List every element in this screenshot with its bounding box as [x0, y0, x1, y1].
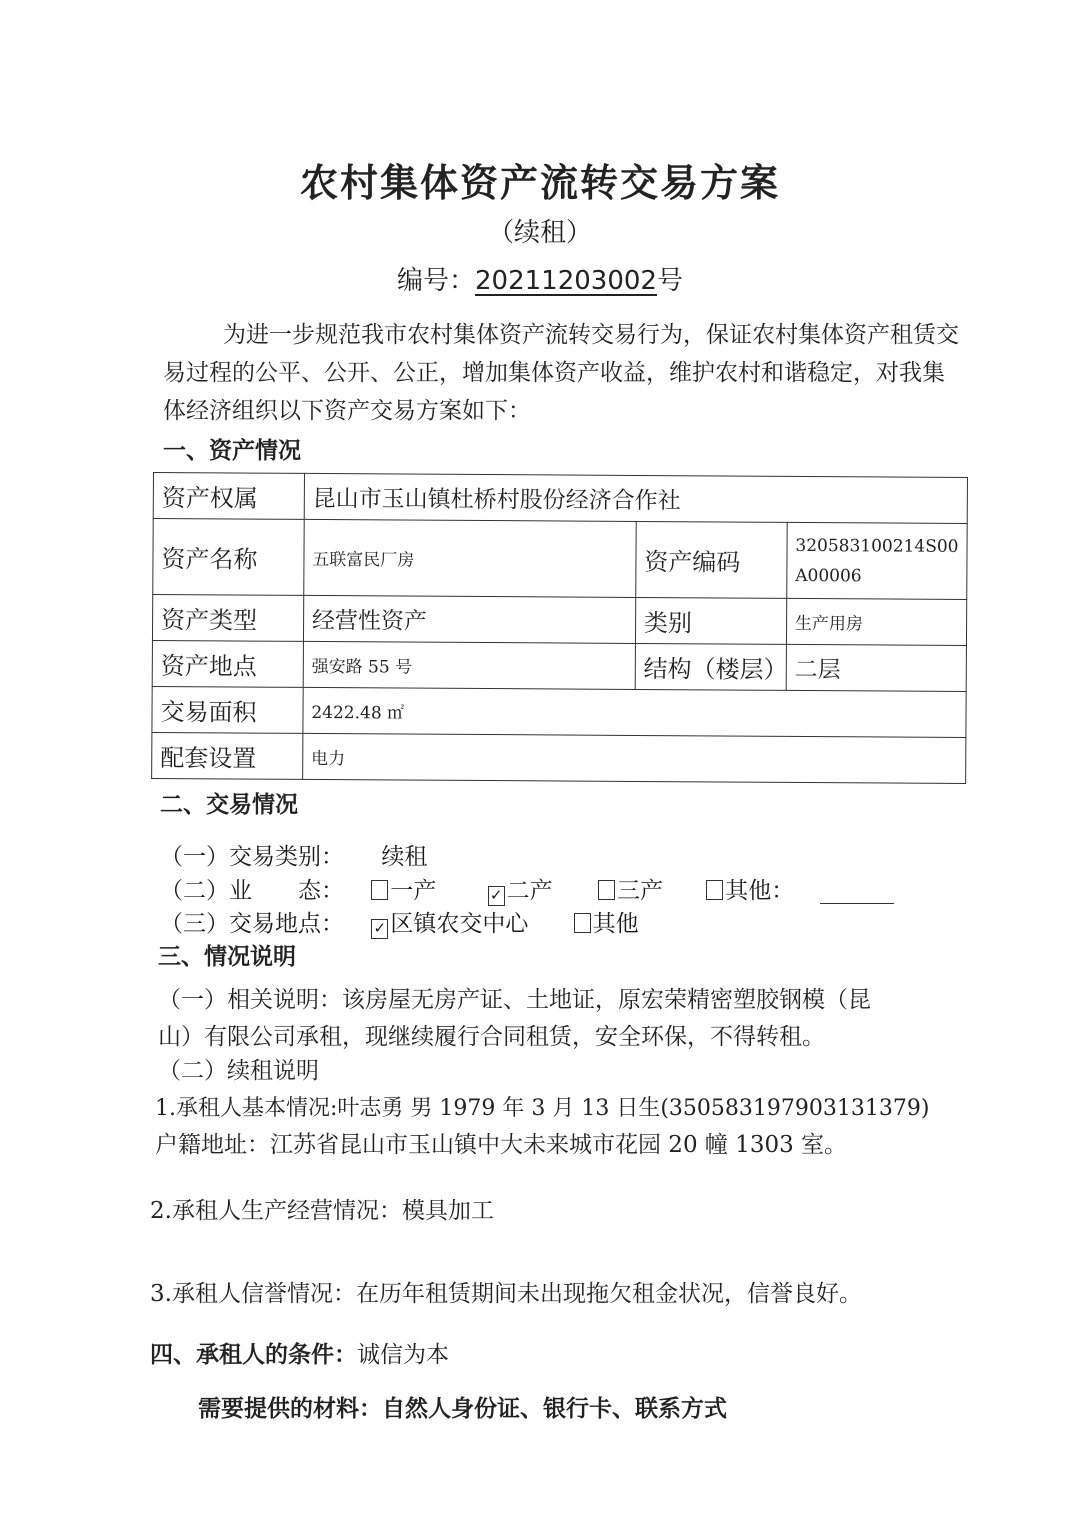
materials-label: 需要提供的材料：	[198, 1396, 382, 1422]
document-number-value: 20211203002	[475, 266, 657, 296]
document-subtitle: （续租）	[0, 212, 1080, 249]
document-number: 编号：20211203002号	[0, 260, 1080, 297]
area-label: 交易面积	[152, 686, 303, 733]
tenant-credit: 3.承租人信誉情况：在历年租赁期间未出现拖欠租金状况，信誉良好。	[150, 1275, 862, 1313]
document-number-suffix: 号	[657, 266, 683, 296]
location-label: 资产地点	[152, 640, 303, 687]
trade-location-row: （三）交易地点： ✓区镇农交中心 其他	[160, 905, 639, 939]
related-note-line1: （一）相关说明：该房屋无房产证、土地证，原宏荣精密塑胶钢模（昆	[158, 981, 871, 1019]
asset-name-label: 资产名称	[153, 519, 304, 596]
facilities-value: 电力	[302, 733, 965, 783]
document-number-label: 编号：	[397, 266, 475, 296]
document-title: 农村集体资产流转交易方案	[0, 152, 1080, 207]
location-value: 强安路 55 号	[303, 641, 635, 689]
option-location-other[interactable]: 其他	[574, 911, 639, 937]
checkbox-unchecked-icon[interactable]	[598, 880, 615, 900]
business-form-row: （二）业 态： 一产 ✓二产 三产 其他：	[160, 872, 894, 906]
section4-row: 四、承租人的条件：诚信为本	[150, 1336, 449, 1374]
intro-paragraph: 为进一步规范我市农村集体资产流转交易行为，保证农村集体资产租赁交易过程的公平、公…	[163, 316, 963, 430]
checkbox-unchecked-icon[interactable]	[706, 880, 723, 900]
tenant-condition: 诚信为本	[357, 1342, 449, 1368]
asset-type-label: 资产类型	[152, 595, 303, 642]
checkbox-unchecked-icon[interactable]	[574, 913, 591, 933]
related-note-line2: 山）有限公司承租，现继续履行合同租赁，安全环保，不得转租。	[158, 1018, 825, 1056]
facilities-label: 配套设置	[152, 732, 303, 779]
option-other[interactable]: 其他：	[706, 878, 794, 904]
area-value: 2422.48 ㎡	[303, 687, 966, 737]
checkbox-checked-icon[interactable]: ✓	[371, 919, 388, 939]
asset-code-line1: 320583100214S00	[795, 530, 958, 561]
asset-table: 资产权属 昆山市玉山镇杜桥村股份经济合作社 资产名称 五联富民厂房 资产编码 3…	[151, 472, 968, 784]
asset-code-line2: A00006	[795, 560, 958, 591]
materials-row: 需要提供的材料：自然人身份证、银行卡、联系方式	[198, 1390, 727, 1423]
business-form-label: （二）业 态：	[160, 878, 344, 904]
trade-type-row: （一）交易类别： 续租	[160, 838, 427, 871]
section1-heading: 一、资产情况	[163, 432, 301, 465]
structure-label: 结构（楼层）	[635, 643, 786, 690]
tenant-basic-info: 1.承租人基本情况:叶志勇 男 1979 年 3 月 13 日生(3505831…	[155, 1090, 929, 1128]
option-district-center[interactable]: ✓区镇农交中心	[371, 911, 528, 937]
trade-location-label: （三）交易地点：	[160, 911, 344, 937]
category-label: 类别	[635, 597, 786, 644]
section3-heading: 三、情况说明	[158, 938, 296, 971]
ownership-value: 昆山市玉山镇杜桥村股份经济合作社	[304, 473, 967, 523]
option-primary[interactable]: 一产	[371, 878, 436, 904]
other-blank-line[interactable]	[820, 883, 894, 904]
trade-type-label: （一）交易类别：	[160, 844, 344, 870]
option-secondary[interactable]: ✓二产	[488, 878, 553, 904]
renewal-heading: （二）续租说明	[158, 1052, 319, 1090]
option-tertiary[interactable]: 三产	[598, 878, 663, 904]
tenant-business: 2.承租人生产经营情况：模具加工	[150, 1192, 494, 1230]
section2-heading: 二、交易情况	[160, 786, 298, 819]
section4-heading: 四、承租人的条件：	[150, 1342, 357, 1368]
tenant-address: 户籍地址：江苏省昆山市玉山镇中大未来城市花园 20 幢 1303 室。	[155, 1126, 847, 1164]
asset-name-value: 五联富民厂房	[304, 519, 636, 597]
checkbox-checked-icon[interactable]: ✓	[488, 886, 505, 906]
structure-value: 二层	[786, 644, 966, 691]
ownership-label: 资产权属	[153, 473, 304, 520]
asset-code-value: 320583100214S00 A00006	[787, 522, 968, 599]
category-value: 生产用房	[786, 598, 966, 645]
asset-type-value: 经营性资产	[303, 595, 635, 643]
checkbox-unchecked-icon[interactable]	[371, 880, 388, 900]
materials-value: 自然人身份证、银行卡、联系方式	[382, 1396, 727, 1422]
trade-type-value: 续租	[381, 844, 427, 870]
asset-code-label: 资产编码	[636, 521, 788, 598]
